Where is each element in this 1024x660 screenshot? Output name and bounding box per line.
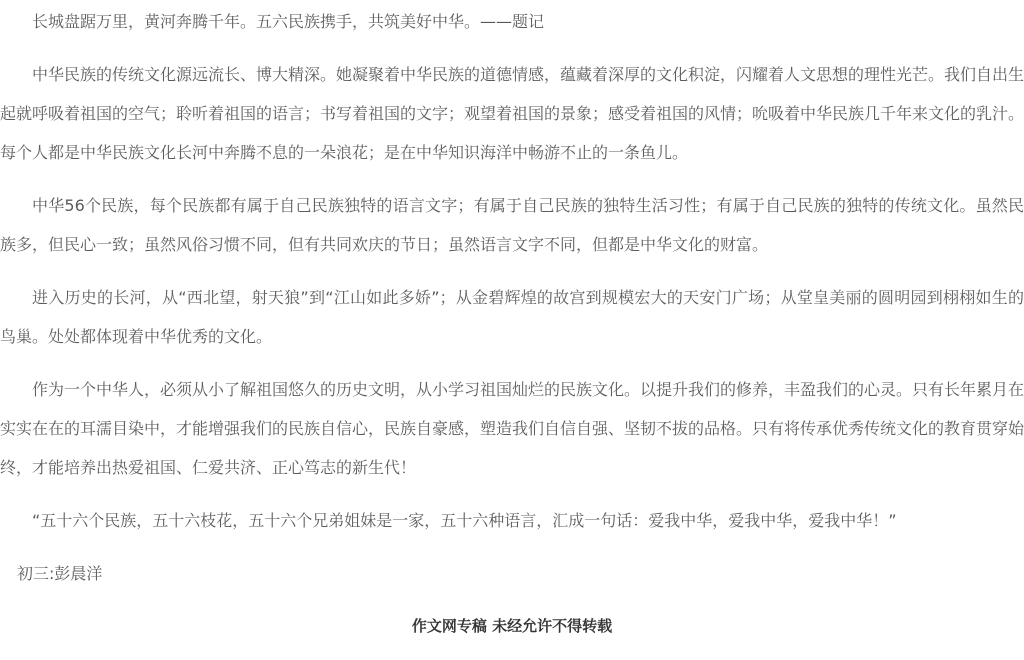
essay-quote-paragraph: “五十六个民族，五十六枝花，五十六个兄弟姐妹是一家，五十六种语言，汇成一句话：爱… [0,501,1024,540]
essay-paragraph-2: 中华56个民族，每个民族都有属于自己民族独特的语言文字；有属于自己民族的独特生活… [0,186,1024,264]
footer-copyright-notice: 作文网专稿 未经允许不得转载 [0,607,1024,646]
essay-paragraph-3: 进入历史的长河，从“西北望，射天狼”到“江山如此多娇”；从金碧辉煌的故宫到规模宏… [0,278,1024,356]
essay-document: 长城盘踞万里，黄河奔腾千年。五六民族携手，共筑美好中华。——题记 中华民族的传统… [0,0,1024,646]
author-line: 初三:彭晨洋 [0,554,1024,593]
essay-paragraph-4: 作为一个中华人，必须从小了解祖国悠久的历史文明，从小学习祖国灿烂的民族文化。以提… [0,370,1024,487]
essay-paragraph-1: 中华民族的传统文化源远流长、博大精深。她凝聚着中华民族的道德情感，蕴藏着深厚的文… [0,55,1024,172]
essay-epigraph: 长城盘踞万里，黄河奔腾千年。五六民族携手，共筑美好中华。——题记 [0,2,1024,41]
